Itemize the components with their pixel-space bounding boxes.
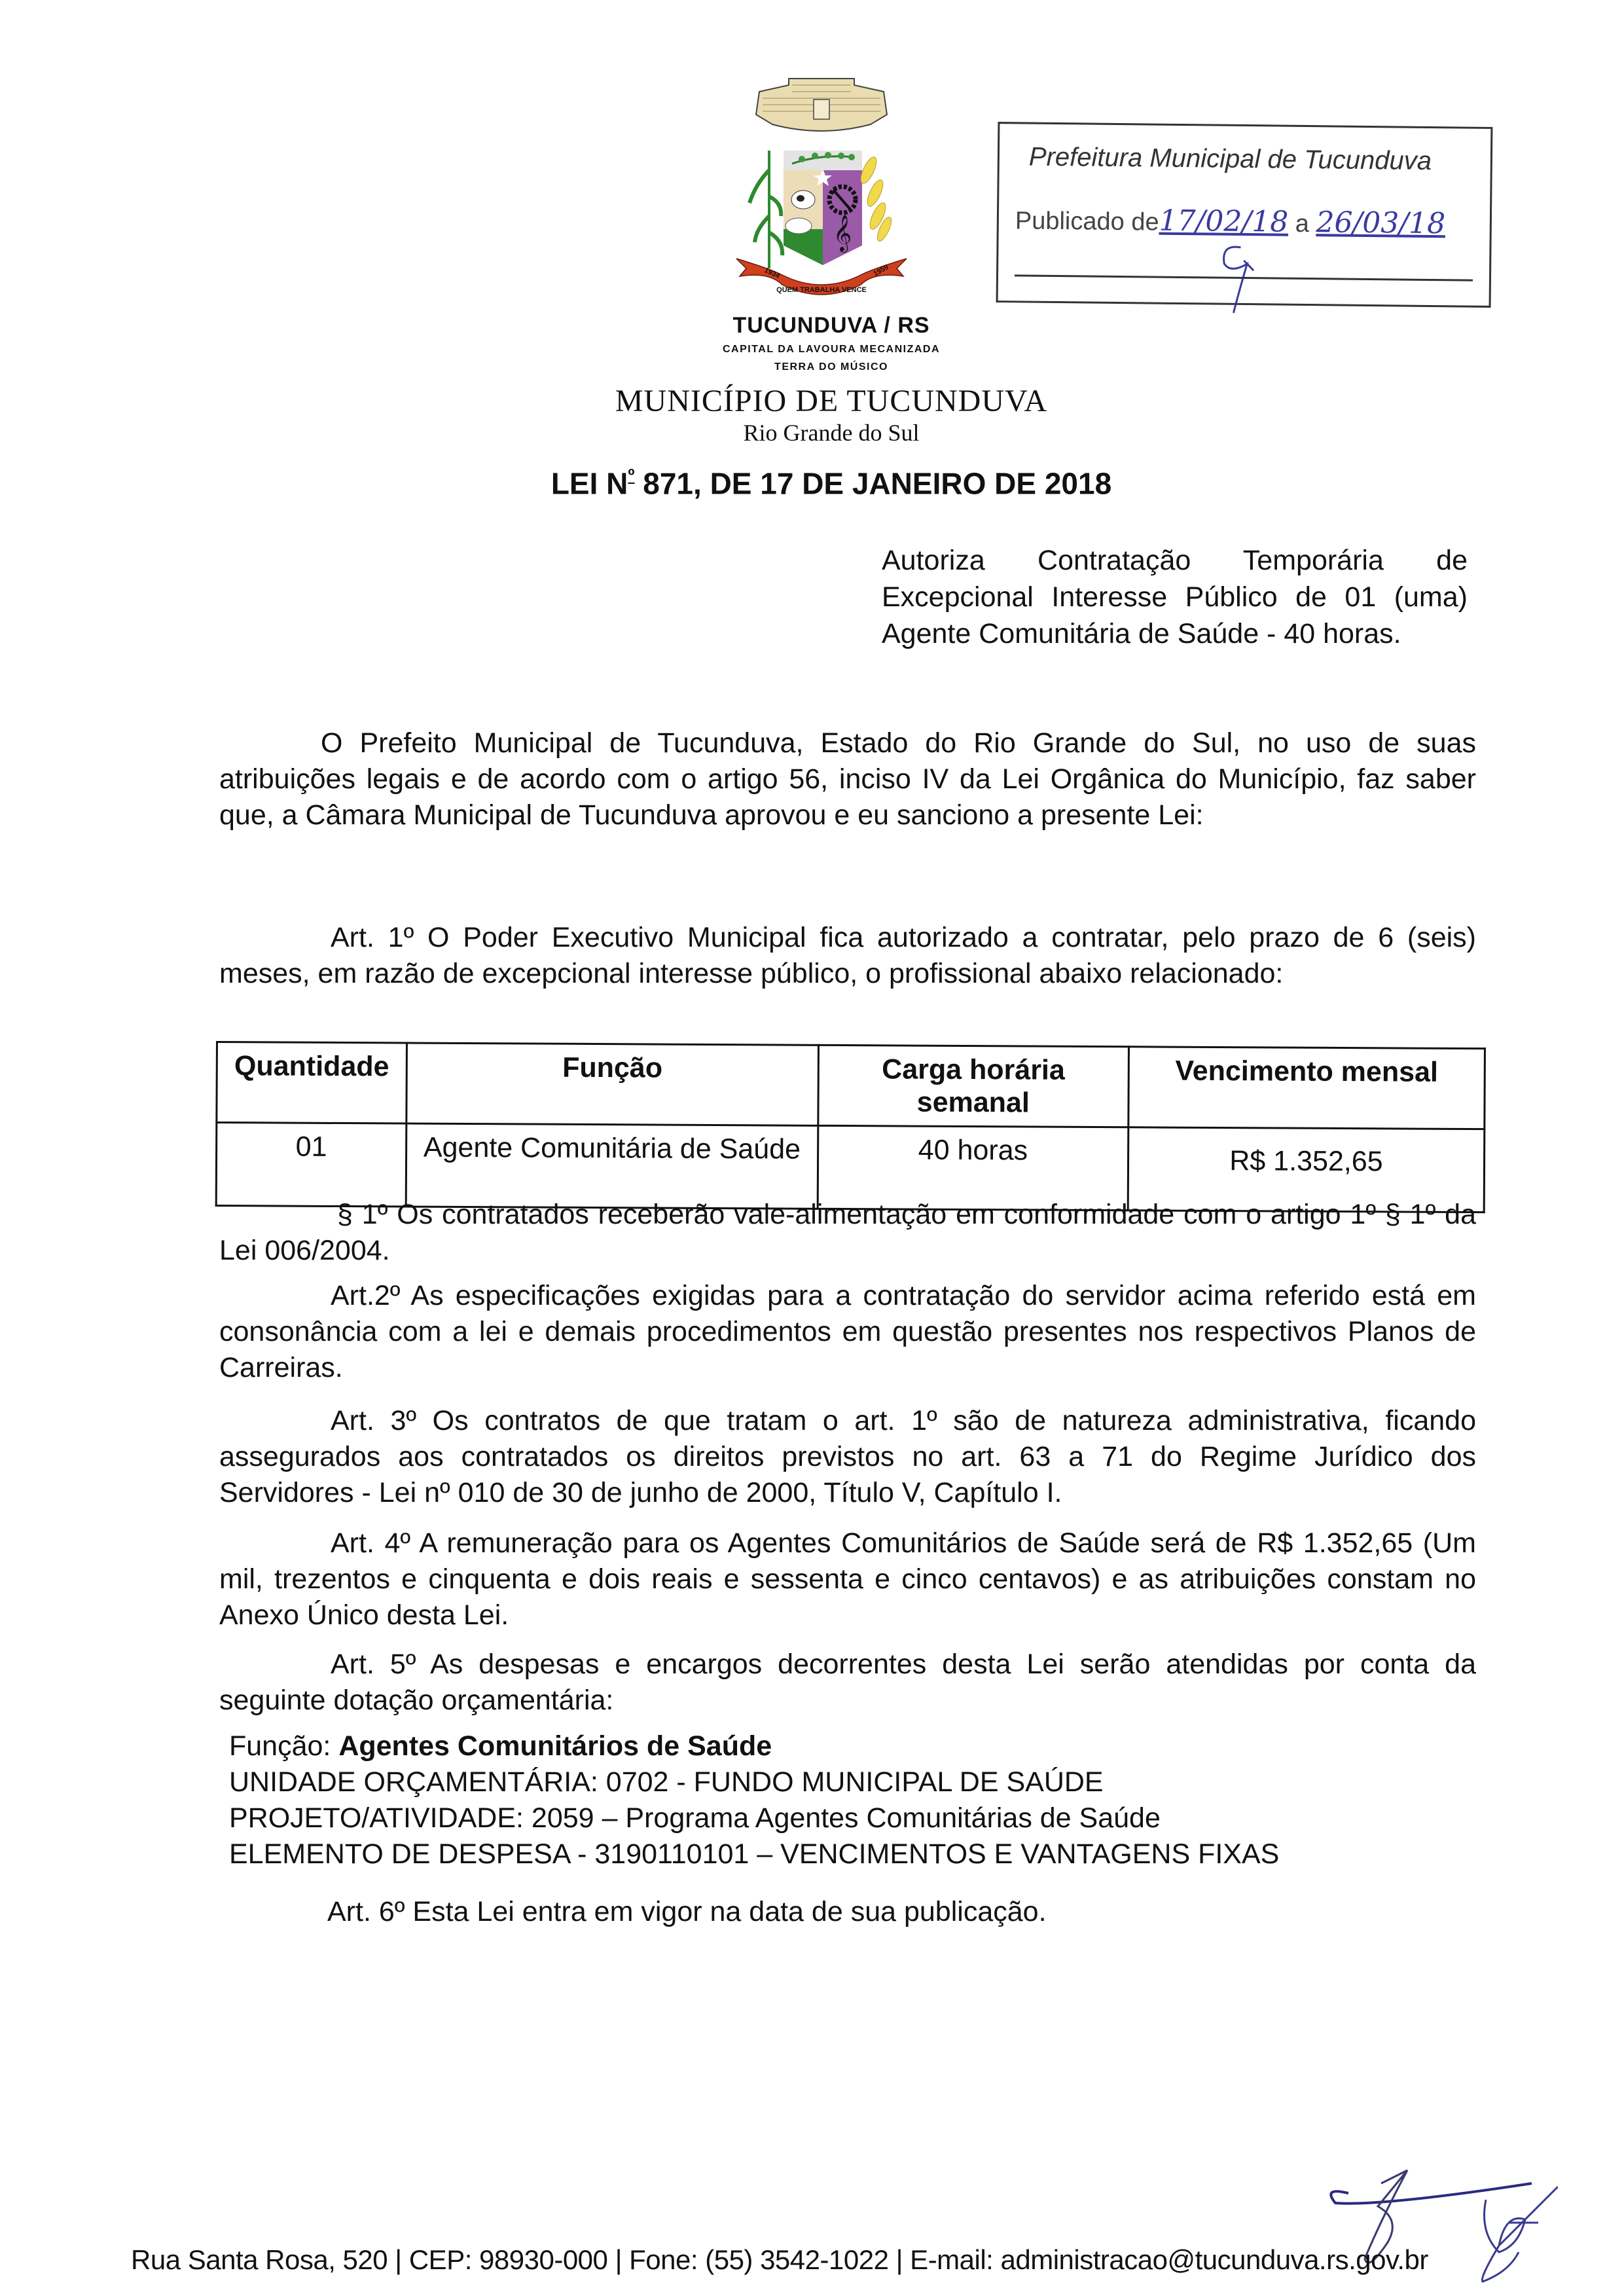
article-2-text: Art.2º As especificações exigidas para a… <box>219 1280 1476 1383</box>
preamble: O Prefeito Municipal de Tucunduva, Estad… <box>219 725 1476 833</box>
budget-unit: UNIDADE ORÇAMENTÁRIA: 0702 - FUNDO MUNIC… <box>229 1764 1279 1800</box>
law-title-ordinal: º <box>628 465 634 485</box>
cell-function: Agente Comunitária de Saúde <box>406 1123 818 1209</box>
paragraph-1-text: § 1º Os contratados receberão vale-alime… <box>219 1199 1476 1266</box>
article-6: Art. 6º Esta Lei entra em vigor na data … <box>327 1894 1440 1930</box>
budget-expense-element: ELEMENTO DE DESPESA - 3190110101 – VENCI… <box>229 1836 1279 1872</box>
law-title-prefix: LEI N <box>551 466 628 500</box>
brand-slogan: CAPITAL DA LAVOURA MECANIZADA <box>655 344 1008 355</box>
article-2: Art.2º As especificações exigidas para a… <box>219 1278 1476 1386</box>
budget-function-value: Agentes Comunitários de Saúde <box>338 1730 772 1762</box>
article-5: Art. 5º As despesas e encargos decorrent… <box>219 1647 1476 1719</box>
stamp-to-label: a <box>1295 210 1310 238</box>
column-header-quantity: Quantidade <box>217 1042 407 1124</box>
stamp-published-label: Publicado de <box>1015 207 1159 236</box>
stamp-to-date: 26/03/18 <box>1316 206 1445 240</box>
stamp-title: Prefeitura Municipal de Tucunduva <box>1029 143 1432 176</box>
column-header-weekly-hours: Carga horária semanal <box>818 1045 1129 1127</box>
budget-allocation: Função: Agentes Comunitários de Saúde UN… <box>229 1728 1279 1872</box>
publication-stamp: Prefeitura Municipal de Tucunduva Public… <box>996 122 1493 308</box>
budget-project: PROJETO/ATIVIDADE: 2059 – Programa Agent… <box>229 1800 1279 1836</box>
budget-function: Função: Agentes Comunitários de Saúde <box>229 1728 1279 1764</box>
state-name: Rio Grande do Sul <box>458 419 1204 446</box>
column-header-function: Função <box>406 1043 818 1125</box>
table-header-row: Quantidade Função Carga horária semanal … <box>217 1042 1485 1129</box>
law-title: LEI Nº 871, DE 17 DE JANEIRO DE 2018 <box>458 465 1204 501</box>
svg-text:𝄞: 𝄞 <box>833 215 852 253</box>
article-1-text: Art. 1º O Poder Executivo Municipal fica… <box>219 922 1476 989</box>
article-5-text: Art. 5º As despesas e encargos decorrent… <box>219 1649 1476 1716</box>
brand-slogan-2: TERRA DO MÚSICO <box>655 361 1008 373</box>
coat-of-arms-icon: 𝄞 1934 QUEM TRABALHA VENCE 1959 <box>730 72 913 298</box>
article-3-text: Art. 3º Os contratos de que tratam o art… <box>219 1405 1476 1508</box>
article-1: Art. 1º O Poder Executivo Municipal fica… <box>219 920 1476 992</box>
law-title-rest: 871, DE 17 DE JANEIRO DE 2018 <box>634 466 1111 500</box>
cell-quantity: 01 <box>216 1123 406 1207</box>
footer-contact: Rua Santa Rosa, 520 | CEP: 98930-000 | F… <box>131 2244 1428 2276</box>
article-4: Art. 4º A remuneração para os Agentes Co… <box>219 1525 1476 1633</box>
paragraph-1: § 1º Os contratados receberão vale-alime… <box>219 1197 1476 1269</box>
brand-city: TUCUNDUVA / RS <box>655 313 1008 338</box>
preamble-text: O Prefeito Municipal de Tucunduva, Estad… <box>219 727 1476 831</box>
hires-table: Quantidade Função Carga horária semanal … <box>215 1041 1486 1213</box>
article-4-text: Art. 4º A remuneração para os Agentes Co… <box>219 1527 1476 1631</box>
municipality-name: MUNICÍPIO DE TUCUNDUVA <box>458 383 1204 419</box>
article-3: Art. 3º Os contratos de que tratam o art… <box>219 1403 1476 1511</box>
law-summary: Autoriza Contratação Temporária de Excep… <box>882 542 1468 652</box>
svg-text:QUEM TRABALHA VENCE: QUEM TRABALHA VENCE <box>776 286 867 294</box>
column-header-monthly-salary: Vencimento mensal <box>1128 1047 1485 1129</box>
